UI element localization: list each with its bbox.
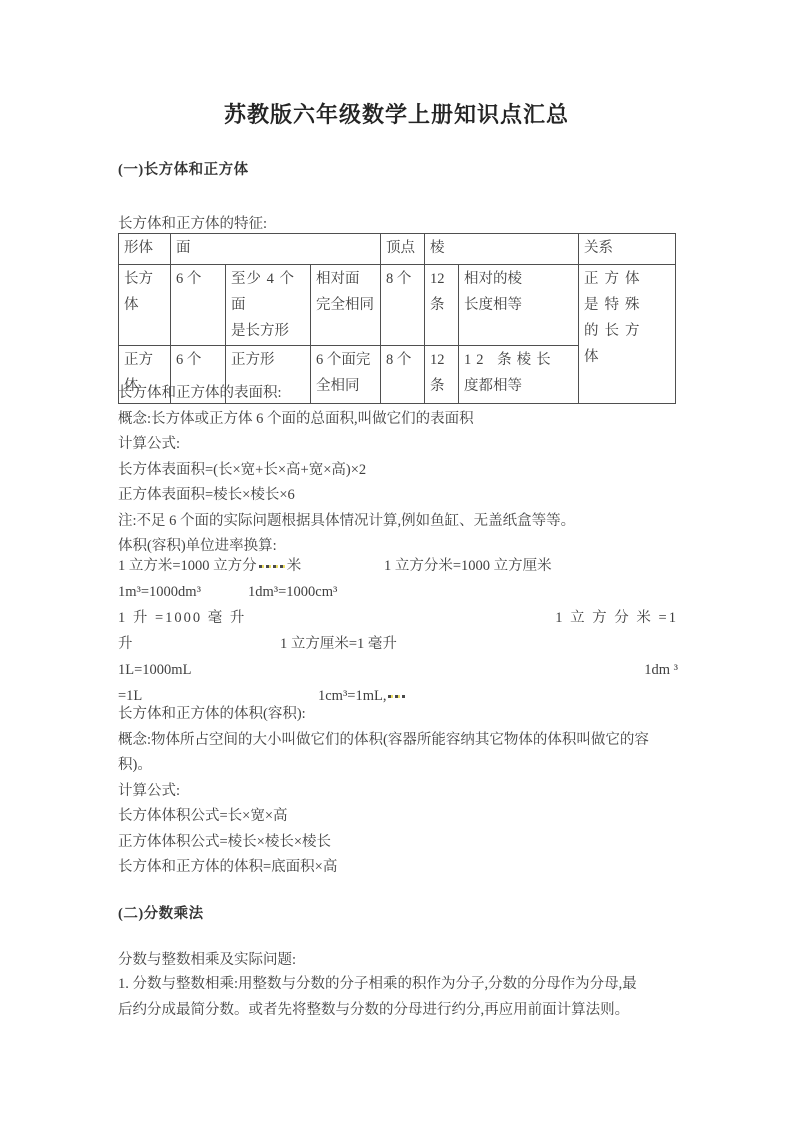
cuboid-vertex-count: 8 个	[381, 265, 425, 346]
document-page: 苏教版六年级数学上册知识点汇总 (一)长方体和正方体 长方体和正方体的特征: 形…	[0, 0, 793, 1122]
cuboid-edge-count: 12 条	[425, 265, 459, 346]
features-intro: 长方体和正方体的特征:	[118, 212, 267, 233]
cube-volume-formula: 正方体体积公式=棱长×棱长×棱长	[118, 830, 678, 856]
header-faces: 面	[171, 234, 381, 265]
conversion-line-2: 1m³=1000dm³ 1dm³=1000cm³	[118, 579, 678, 605]
volume-title: 长方体和正方体的体积(容积):	[118, 702, 678, 728]
table-row-cuboid: 长方体 6 个 至少 4 个面 是长方形 相对面 完全相同 8 个 12 条 相…	[119, 265, 676, 346]
cuboid-shape: 长方体	[119, 265, 171, 346]
surface-formula-label: 计算公式:	[118, 432, 678, 458]
header-vertices: 顶点	[381, 234, 425, 265]
spellcheck-squiggle-icon	[388, 695, 405, 698]
header-edges: 棱	[425, 234, 579, 265]
surface-area-title: 长方体和正方体的表面积:	[118, 381, 678, 407]
conversion-dm3-wrap-start: 1dm ³	[644, 657, 678, 683]
section-1-heading: (一)长方体和正方体	[118, 158, 249, 179]
conversion-line-4: 升 1 立方厘米=1 毫升	[118, 631, 678, 657]
surface-area-paragraph: 长方体和正方体的表面积: 概念:长方体或正方体 6 个面的总面积,叫做它们的表面…	[118, 381, 678, 560]
table-header-row: 形体 面 顶点 棱 关系	[119, 234, 676, 265]
header-shape: 形体	[119, 234, 171, 265]
conversion-line-3: 1 升 =1000 毫 升 1 立 方 分 米 =1	[118, 605, 678, 631]
base-area-volume-formula: 长方体和正方体的体积=底面积×高	[118, 855, 678, 881]
unit-conversions: 1 立方米=1000 立方分米 1 立方分米=1000 立方厘米 1m³=100…	[118, 553, 678, 709]
conversion-line-5: 1L=1000mL 1dm ³	[118, 657, 678, 683]
volume-concept-line1: 概念:物体所占空间的大小叫做它们的体积(容器所能容纳其它物体的体积叫做它的容	[118, 728, 678, 754]
conversion-m3-symbol: 1m³=1000dm³	[118, 579, 201, 605]
volume-formula-label: 计算公式:	[118, 779, 678, 805]
conversion-dm3-symbol: 1dm³=1000cm³	[248, 579, 337, 605]
volume-paragraph: 长方体和正方体的体积(容积): 概念:物体所占空间的大小叫做它们的体积(容器所能…	[118, 702, 678, 881]
surface-area-concept: 概念:长方体或正方体 6 个面的总面积,叫做它们的表面积	[118, 407, 678, 433]
header-relation: 关系	[579, 234, 676, 265]
cuboid-surface-formula: 长方体表面积=(长×宽+长×高+宽×高)×2	[118, 458, 678, 484]
conversion-m3: 1 立方米=1000 立方分米	[118, 553, 301, 579]
conversion-liter: 1 升 =1000 毫 升	[118, 605, 246, 631]
conversion-l-ml: 1L=1000mL	[118, 657, 191, 683]
page-title: 苏教版六年级数学上册知识点汇总	[0, 98, 793, 129]
cuboid-face-count: 6 个	[171, 265, 226, 346]
conversion-dm3: 1 立方分米=1000 立方厘米	[384, 553, 552, 579]
volume-concept-line2: 积)。	[118, 753, 678, 779]
conversion-dm3-liter-start: 1 立 方 分 米 =1	[555, 605, 678, 631]
fraction-rule-line2: 后约分成最简分数。或者先将整数与分数的分母进行约分,再应用前面计算法则。	[118, 997, 678, 1023]
spellcheck-squiggle-icon	[259, 565, 285, 568]
cuboid-volume-formula: 长方体体积公式=长×宽×高	[118, 804, 678, 830]
section-2-heading: (二)分数乘法	[118, 902, 204, 923]
cuboid-face-relation: 相对面 完全相同	[311, 265, 381, 346]
fraction-item-1: 1. 分数与整数相乘:用整数与分数的分子相乘的积作为分子,分数的分母作为分母,最…	[118, 971, 678, 1023]
characteristics-table: 形体 面 顶点 棱 关系 长方体 6 个 至少 4 个面 是长方形 相对面 完全…	[118, 233, 676, 404]
cube-surface-formula: 正方体表面积=棱长×棱长×6	[118, 483, 678, 509]
cuboid-face-type: 至少 4 个面 是长方形	[226, 265, 311, 346]
conversion-line-1: 1 立方米=1000 立方分米 1 立方分米=1000 立方厘米	[118, 553, 678, 579]
conversion-liter-wrap: 升	[118, 631, 133, 657]
conversion-cm3-ml: 1 立方厘米=1 毫升	[280, 631, 397, 657]
fraction-intro: 分数与整数相乘及实际问题:	[118, 948, 296, 969]
surface-note: 注:不足 6 个面的实际问题根据具体情况计算,例如鱼缸、无盖纸盒等等。	[118, 509, 678, 535]
cuboid-edge-relation: 相对的棱 长度相等	[459, 265, 579, 346]
fraction-rule-line1: 1. 分数与整数相乘:用整数与分数的分子相乘的积作为分子,分数的分母作为分母,最	[118, 971, 678, 997]
